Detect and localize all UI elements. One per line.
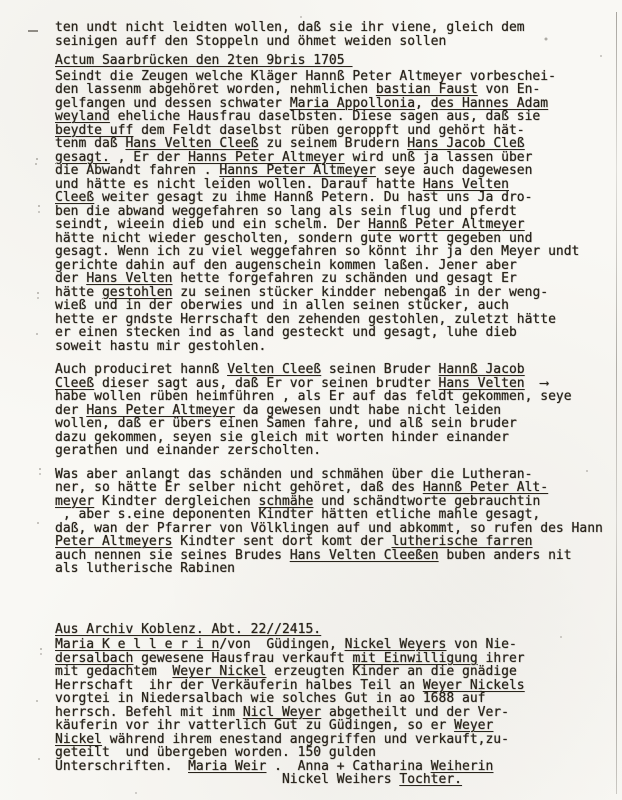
document-line: die Abwandt fahren . Hanns Peter Altmeye… [55, 164, 616, 178]
document-line: geteilt und übergeben worden. 150 gulden [55, 746, 616, 760]
document-line: daß, wan der Pfarrer von Völklingen auf … [55, 522, 616, 536]
testimony-lutheran: Was aber anlangt das schänden und schmäh… [55, 468, 616, 576]
underlined-text-segment: Aus Archiv Koblenz. Abt. 22//2415. [55, 622, 321, 637]
document-line: wieß und in der oberwies und in allen se… [55, 299, 616, 313]
text-segment: gerathen und einander zerscholten. [55, 443, 321, 458]
text-segment: seinigen auff den Stoppeln und öhmet wei… [55, 34, 446, 49]
testimony-cleess: Auch produciret hannß Velten Cleeß seine… [55, 363, 616, 458]
document-line: hette er gndste Herrschaft den zehenden … [55, 313, 616, 327]
document-body: ten undt nicht leidten wollen, daß sie i… [55, 21, 616, 787]
document-page: ten undt nicht leidten wollen, daß sie i… [0, 0, 622, 800]
document-line: und hätte es nicht leiden wollen. Darauf… [55, 178, 616, 192]
document-line: ben die abwand weggefahren so lang als s… [55, 205, 616, 219]
document-line: ten undt nicht leidten wollen, daß sie i… [55, 21, 616, 35]
document-line: Peter Altmeyers Kindter sent dort komt d… [55, 535, 616, 549]
document-line: Aus Archiv Koblenz. Abt. 22//2415. [55, 623, 616, 637]
document-line: als lutherische Rabinen [55, 562, 616, 576]
document-line: Herrschaft ihr der Verkäuferin halbes Te… [55, 679, 616, 693]
document-line: der Hans Velten hette forgefahren zu sch… [55, 272, 616, 286]
document-line: soweit hastu mir gestohlen. [55, 340, 616, 354]
scan-speckles [0, 0, 2, 2]
document-line: Maria K e l l e r i n/von Güdingen, Nick… [55, 638, 616, 652]
document-line: vorgtei in Niedersalbach wie solches Gut… [55, 692, 616, 706]
document-line: gerathen und einander zerscholten. [55, 444, 616, 458]
document-line: Nickel Weihers Tochter. [55, 773, 616, 787]
document-line: Unterschriften. Maria Weir . Anna + Cath… [55, 760, 616, 774]
document-line: den lassenm abgehöret worden, nehmlichen… [55, 83, 616, 97]
document-line: auch nennen sie seines Brudes Hans Velte… [55, 549, 616, 563]
document-line: gerichte dahin auf den augenschein komme… [55, 259, 616, 273]
document-line: habe wollen rüben heimführen , als Er au… [55, 390, 616, 404]
heading-koblenz: Aus Archiv Koblenz. Abt. 22//2415. [55, 623, 616, 637]
underlined-text-segment: Hans Velten Cleeßen [290, 548, 439, 563]
document-line: dazu gekommen, seyen sie gleich mit wort… [55, 431, 616, 445]
document-line: Auch produciret hannß Velten Cleeß seine… [55, 363, 616, 377]
document-line: herrsch. Befehl mit inm Nicl Weyer abget… [55, 706, 616, 720]
sale-record: Maria K e l l e r i n/von Güdingen, Nick… [55, 638, 616, 760]
document-line: Cleeß dieser sagt aus, daß Er vor seinen… [55, 377, 616, 391]
document-line: weyland eheliche Hausfrau daselbsten. Di… [55, 110, 616, 124]
margin-dash-mark [28, 30, 38, 32]
document-line: hätte nicht wieder gescholten, sondern g… [55, 232, 616, 246]
document-line: Was aber anlangt das schänden und schmäh… [55, 468, 616, 482]
document-line: Nickel während ihrem enestand angegriffe… [55, 733, 616, 747]
testimony-faust: Seindt die Zeugen welche Kläger Hannß Pe… [55, 70, 616, 354]
document-line: ner, so hätte Er selber nicht gehöret, d… [55, 481, 616, 495]
text-segment: als lutherische Rabinen [55, 561, 235, 576]
document-line: wollen, daß er übers einen Samen fahre, … [55, 417, 616, 431]
signatures: Unterschriften. Maria Weir . Anna + Cath… [55, 760, 616, 787]
text-segment: Nickel Weihers [55, 772, 399, 787]
document-line: beydte uff dem Feldt daselbst rüben gero… [55, 124, 616, 138]
document-line: meyer Kindter dergleichen schmähe und sc… [55, 495, 616, 509]
heading-saarbruecken: Actum Saarbrücken den 2ten 9bris 1705 [55, 54, 616, 68]
document-line: er einen stecken ind as land gesteckt un… [55, 326, 616, 340]
document-line: Seindt die Zeugen welche Kläger Hannß Pe… [55, 70, 616, 84]
document-line: Actum Saarbrücken den 2ten 9bris 1705 [55, 54, 616, 68]
text-segment: buben anders nit [439, 548, 572, 563]
document-line: seinigen auff den Stoppeln und öhmet wei… [55, 35, 616, 49]
document-line: seindt, wieein dieb und ein schelm. Der … [55, 218, 616, 232]
document-line: gelfangen und dessen schwater Maria Appo… [55, 97, 616, 111]
underlined-text-segment: Tochter. [399, 772, 462, 787]
document-line: käuferin vor ihr vatterlich Gut zu Güdin… [55, 719, 616, 733]
intro: ten undt nicht leidten wollen, daß sie i… [55, 21, 616, 48]
document-line: , aber s.eine deponenten Kindter hätten … [55, 508, 616, 522]
document-line: dersalbach gewesene Hausfrau verkauft mi… [55, 652, 616, 666]
document-line: gesagt. , Er der Hanns Peter Altmeyer wi… [55, 151, 616, 165]
underlined-text-segment: Actum Saarbrücken den 2ten 9bris 1705 [55, 53, 352, 68]
text-segment: soweit hastu mir gestohlen. [55, 339, 266, 354]
document-line: gesagt. Wenn ich zu viel weggefahren so … [55, 245, 616, 259]
page-edge-line [616, 12, 617, 794]
document-line: der Hans Peter Altmeyer da gewesen undt … [55, 404, 616, 418]
document-line: Cleeß weiter gesagt zu ihme Hannß Petern… [55, 191, 616, 205]
document-line: mit gedachtem Weyer Nickel erzeugten Kin… [55, 665, 616, 679]
document-line: hätte gestohlen zu seinen stücker kindde… [55, 286, 616, 300]
document-line: tenm daß Hans Velten Cleeß zu seinem Bru… [55, 137, 616, 151]
